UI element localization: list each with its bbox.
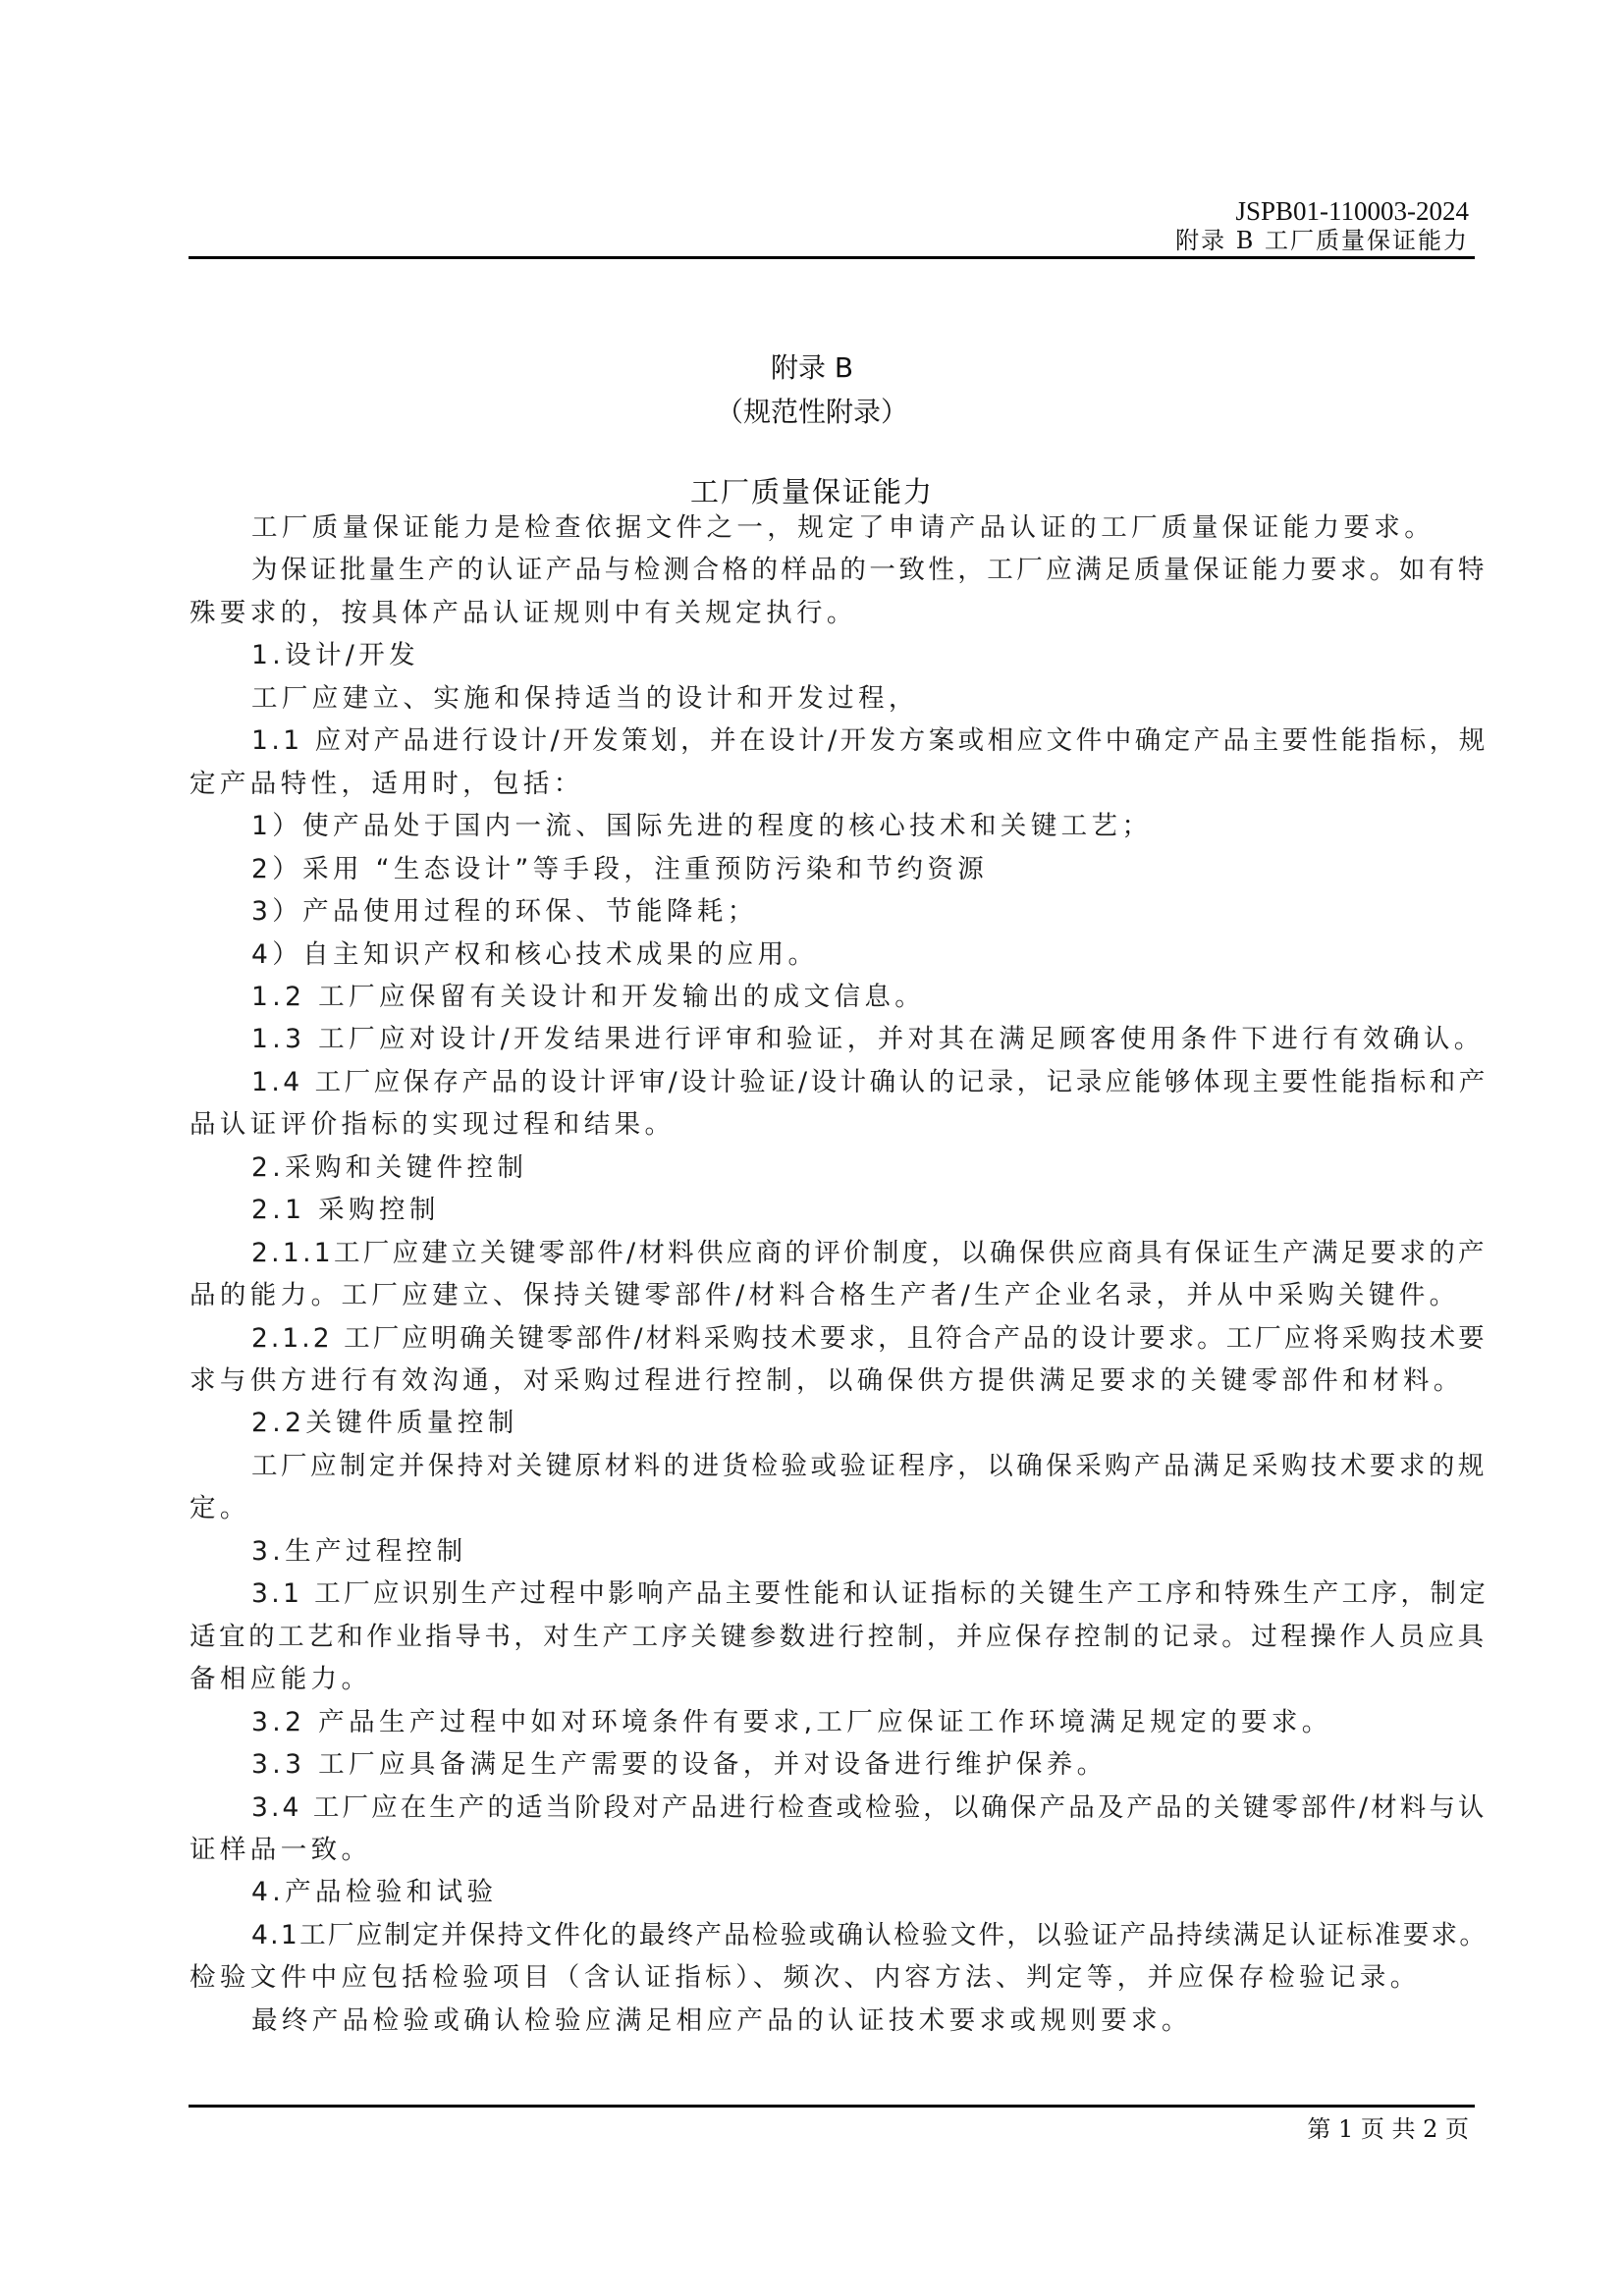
header-divider bbox=[189, 256, 1475, 259]
list-item: 1）使产品处于国内一流、国际先进的程度的核心技术和关键工艺； bbox=[251, 807, 1152, 846]
body-line: 工厂质量保证能力是检查依据文件之一，规定了申请产品认证的工厂质量保证能力要求。 bbox=[251, 508, 1435, 548]
appendix-type: （规范性附录） bbox=[0, 395, 1624, 430]
clause-3-2: 3.2 产品生产过程中如对环境条件有要求,工厂应保证工作环境满足规定的要求。 bbox=[251, 1703, 1332, 1742]
clause-1-2: 1.2 工厂应保留有关设计和开发输出的成文信息。 bbox=[251, 978, 925, 1017]
clause-3-1: 3.1 工厂应识别生产过程中影响产品主要性能和认证指标的关键生产工序和特殊生产工… bbox=[251, 1575, 1489, 1614]
clause-1-4: 1.4 工厂应保存产品的设计评审/设计验证/设计确认的记录，记录应能够体现主要性… bbox=[251, 1063, 1489, 1102]
body-line: 为保证批量生产的认证产品与检测合格的样品的一致性，工厂应满足质量保证能力要求。如… bbox=[251, 551, 1488, 590]
page-number: 第 1 页 共 2 页 bbox=[1307, 2114, 1469, 2144]
body-line: 工厂应制定并保持对关键原材料的进货检验或验证程序，以确保采购产品满足采购技术要求… bbox=[251, 1447, 1488, 1486]
body-line: 品认证评价指标的实现过程和结果。 bbox=[189, 1105, 675, 1145]
document-running-title: 附录 B 工厂质量保证能力 bbox=[1175, 226, 1469, 255]
body-line: 适宜的工艺和作业指导书，对生产工序关键参数进行控制，并应保存控制的记录。过程操作… bbox=[189, 1618, 1488, 1657]
list-item: 2）采用 “生态设计”等手段，注重预防污染和节约资源 bbox=[251, 850, 988, 889]
body-line: 证样品一致。 bbox=[189, 1831, 371, 1870]
appendix-title: 附录 B bbox=[0, 350, 1624, 386]
section-title: 工厂质量保证能力 bbox=[0, 474, 1624, 509]
clause-2-1: 2.1 采购控制 bbox=[251, 1191, 440, 1230]
section-heading-inspection: 4.产品检验和试验 bbox=[251, 1873, 497, 1912]
body-line: 备相应能力。 bbox=[189, 1660, 371, 1699]
clause-2-1-2: 2.1.2 工厂应明确关键零部件/材料采购技术要求，且符合产品的设计要求。工厂应… bbox=[251, 1319, 1488, 1359]
document-code: JSPB01-110003-2024 bbox=[1235, 196, 1469, 226]
list-item: 3）产品使用过程的环保、节能降耗； bbox=[251, 892, 758, 932]
clause-1-3: 1.3 工厂应对设计/开发结果进行评审和验证，并对其在满足顾客使用条件下进行有效… bbox=[251, 1020, 1485, 1059]
body-line: 最终产品检验或确认检验应满足相应产品的认证技术要求或规则要求。 bbox=[251, 2002, 1192, 2041]
body-line: 殊要求的，按具体产品认证规则中有关规定执行。 bbox=[189, 594, 857, 633]
body-line: 定。 bbox=[189, 1489, 250, 1528]
body-line: 工厂应建立、实施和保持适当的设计和开发过程， bbox=[251, 679, 919, 719]
body-line: 品的能力。工厂应建立、保持关键零部件/材料合格生产者/生产企业名录，并从中采购关… bbox=[189, 1276, 1460, 1315]
body-line: 定产品特性，适用时，包括： bbox=[189, 765, 584, 804]
clause-2-1-1: 2.1.1工厂应建立关键零部件/材料供应商的评价制度，以确保供应商具有保证生产满… bbox=[251, 1234, 1488, 1273]
clause-2-2: 2.2关键件质量控制 bbox=[251, 1404, 518, 1443]
section-heading-procurement: 2.采购和关键件控制 bbox=[251, 1148, 527, 1188]
body-line: 求与供方进行有效沟通，对采购过程进行控制，以确保供方提供满足要求的关键零部件和材… bbox=[189, 1362, 1464, 1401]
section-heading-design: 1.设计/开发 bbox=[251, 636, 419, 675]
body-line: 检验文件中应包括检验项目（含认证指标）、频次、内容方法、判定等，并应保存检验记录… bbox=[189, 1958, 1421, 1998]
footer-divider bbox=[189, 2105, 1475, 2108]
clause-3-4: 3.4 工厂应在生产的适当阶段对产品进行检查或检验，以确保产品及产品的关键零部件… bbox=[251, 1789, 1488, 1828]
section-heading-production: 3.生产过程控制 bbox=[251, 1532, 466, 1572]
clause-3-3: 3.3 工厂应具备满足生产需要的设备，并对设备进行维护保养。 bbox=[251, 1745, 1108, 1785]
clause-1-1: 1.1 应对产品进行设计/开发策划，并在设计/开发方案或相应文件中确定产品主要性… bbox=[251, 721, 1489, 761]
clause-4-1: 4.1工厂应制定并保持文件化的最终产品检验或确认检验文件，以验证产品持续满足认证… bbox=[251, 1916, 1488, 1955]
list-item: 4）自主知识产权和核心技术成果的应用。 bbox=[251, 935, 818, 975]
